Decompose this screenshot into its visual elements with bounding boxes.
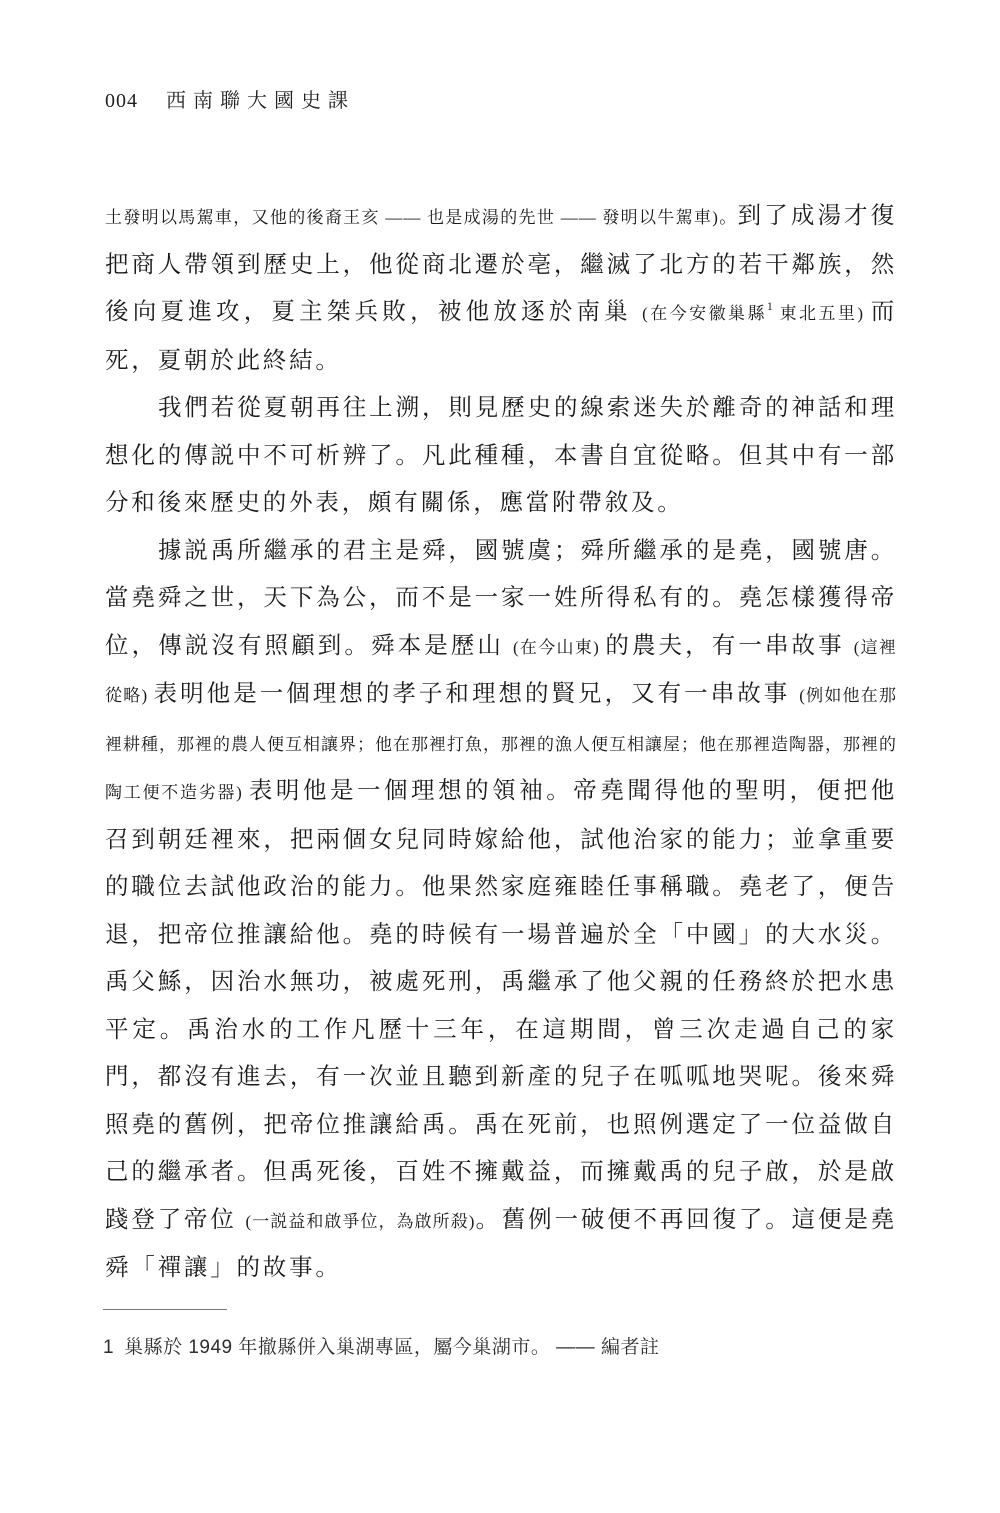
text-run: 表明他是一個理想的領袖。帝堯聞得他的聖明，便把他召到朝廷裡來，把兩個女兒同時嫁給…	[105, 778, 897, 1233]
footnote-divider	[103, 1309, 227, 1310]
paragraph: 據説禹所繼承的君主是舜，國號虞；舜所繼承的是堯，國號唐。當堯舜之世，天下為公，而…	[105, 528, 897, 1293]
text-run: (一説益和啟爭位，為啟所殺)	[245, 1212, 475, 1231]
text-run: 東北五里)	[773, 304, 871, 323]
text-run: 表明他是一個理想的孝子和理想的賢兄，又有一串故事	[154, 681, 800, 707]
paragraph: 我們若從夏朝再往上溯，則見歷史的線索迷失於離奇的神話和理想化的傳説中不可析辨了。…	[105, 385, 897, 528]
footnote-text: 巢縣於 1949 年撤縣併入巢湖專區，屬今巢湖市。 —— 編者註	[124, 1337, 659, 1358]
book-page: 004 西南聯大國史課 土發明以馬駕車，又他的後裔王亥 —— 也是成湯的先世 —…	[0, 0, 1000, 1513]
paragraph: 土發明以馬駕車，又他的後裔王亥 —— 也是成湯的先世 —— 發明以牛駕車)。到了…	[105, 193, 897, 385]
text-run: (在今安徽巢縣	[642, 304, 767, 323]
body-text: 土發明以馬駕車，又他的後裔王亥 —— 也是成湯的先世 —— 發明以牛駕車)。到了…	[105, 193, 897, 1293]
book-title: 西南聯大國史課	[166, 84, 355, 113]
running-header: 004 西南聯大國史課	[105, 84, 355, 113]
footnote-number: 1	[103, 1337, 114, 1358]
footnote: 1巢縣於 1949 年撤縣併入巢湖專區，屬今巢湖市。 —— 編者註	[103, 1332, 897, 1359]
page-number: 004	[105, 90, 138, 113]
text-run: 我們若從夏朝再往上溯，則見歷史的線索迷失於離奇的神話和理想化的傳説中不可析辨了。…	[105, 395, 897, 516]
text-run: 土發明以馬駕車，又他的後裔王亥 —— 也是成湯的先世 —— 發明以牛駕車)。	[105, 208, 738, 227]
text-run: (在今山東)	[513, 638, 605, 657]
text-run: 的農夫，有一串故事	[605, 633, 853, 659]
